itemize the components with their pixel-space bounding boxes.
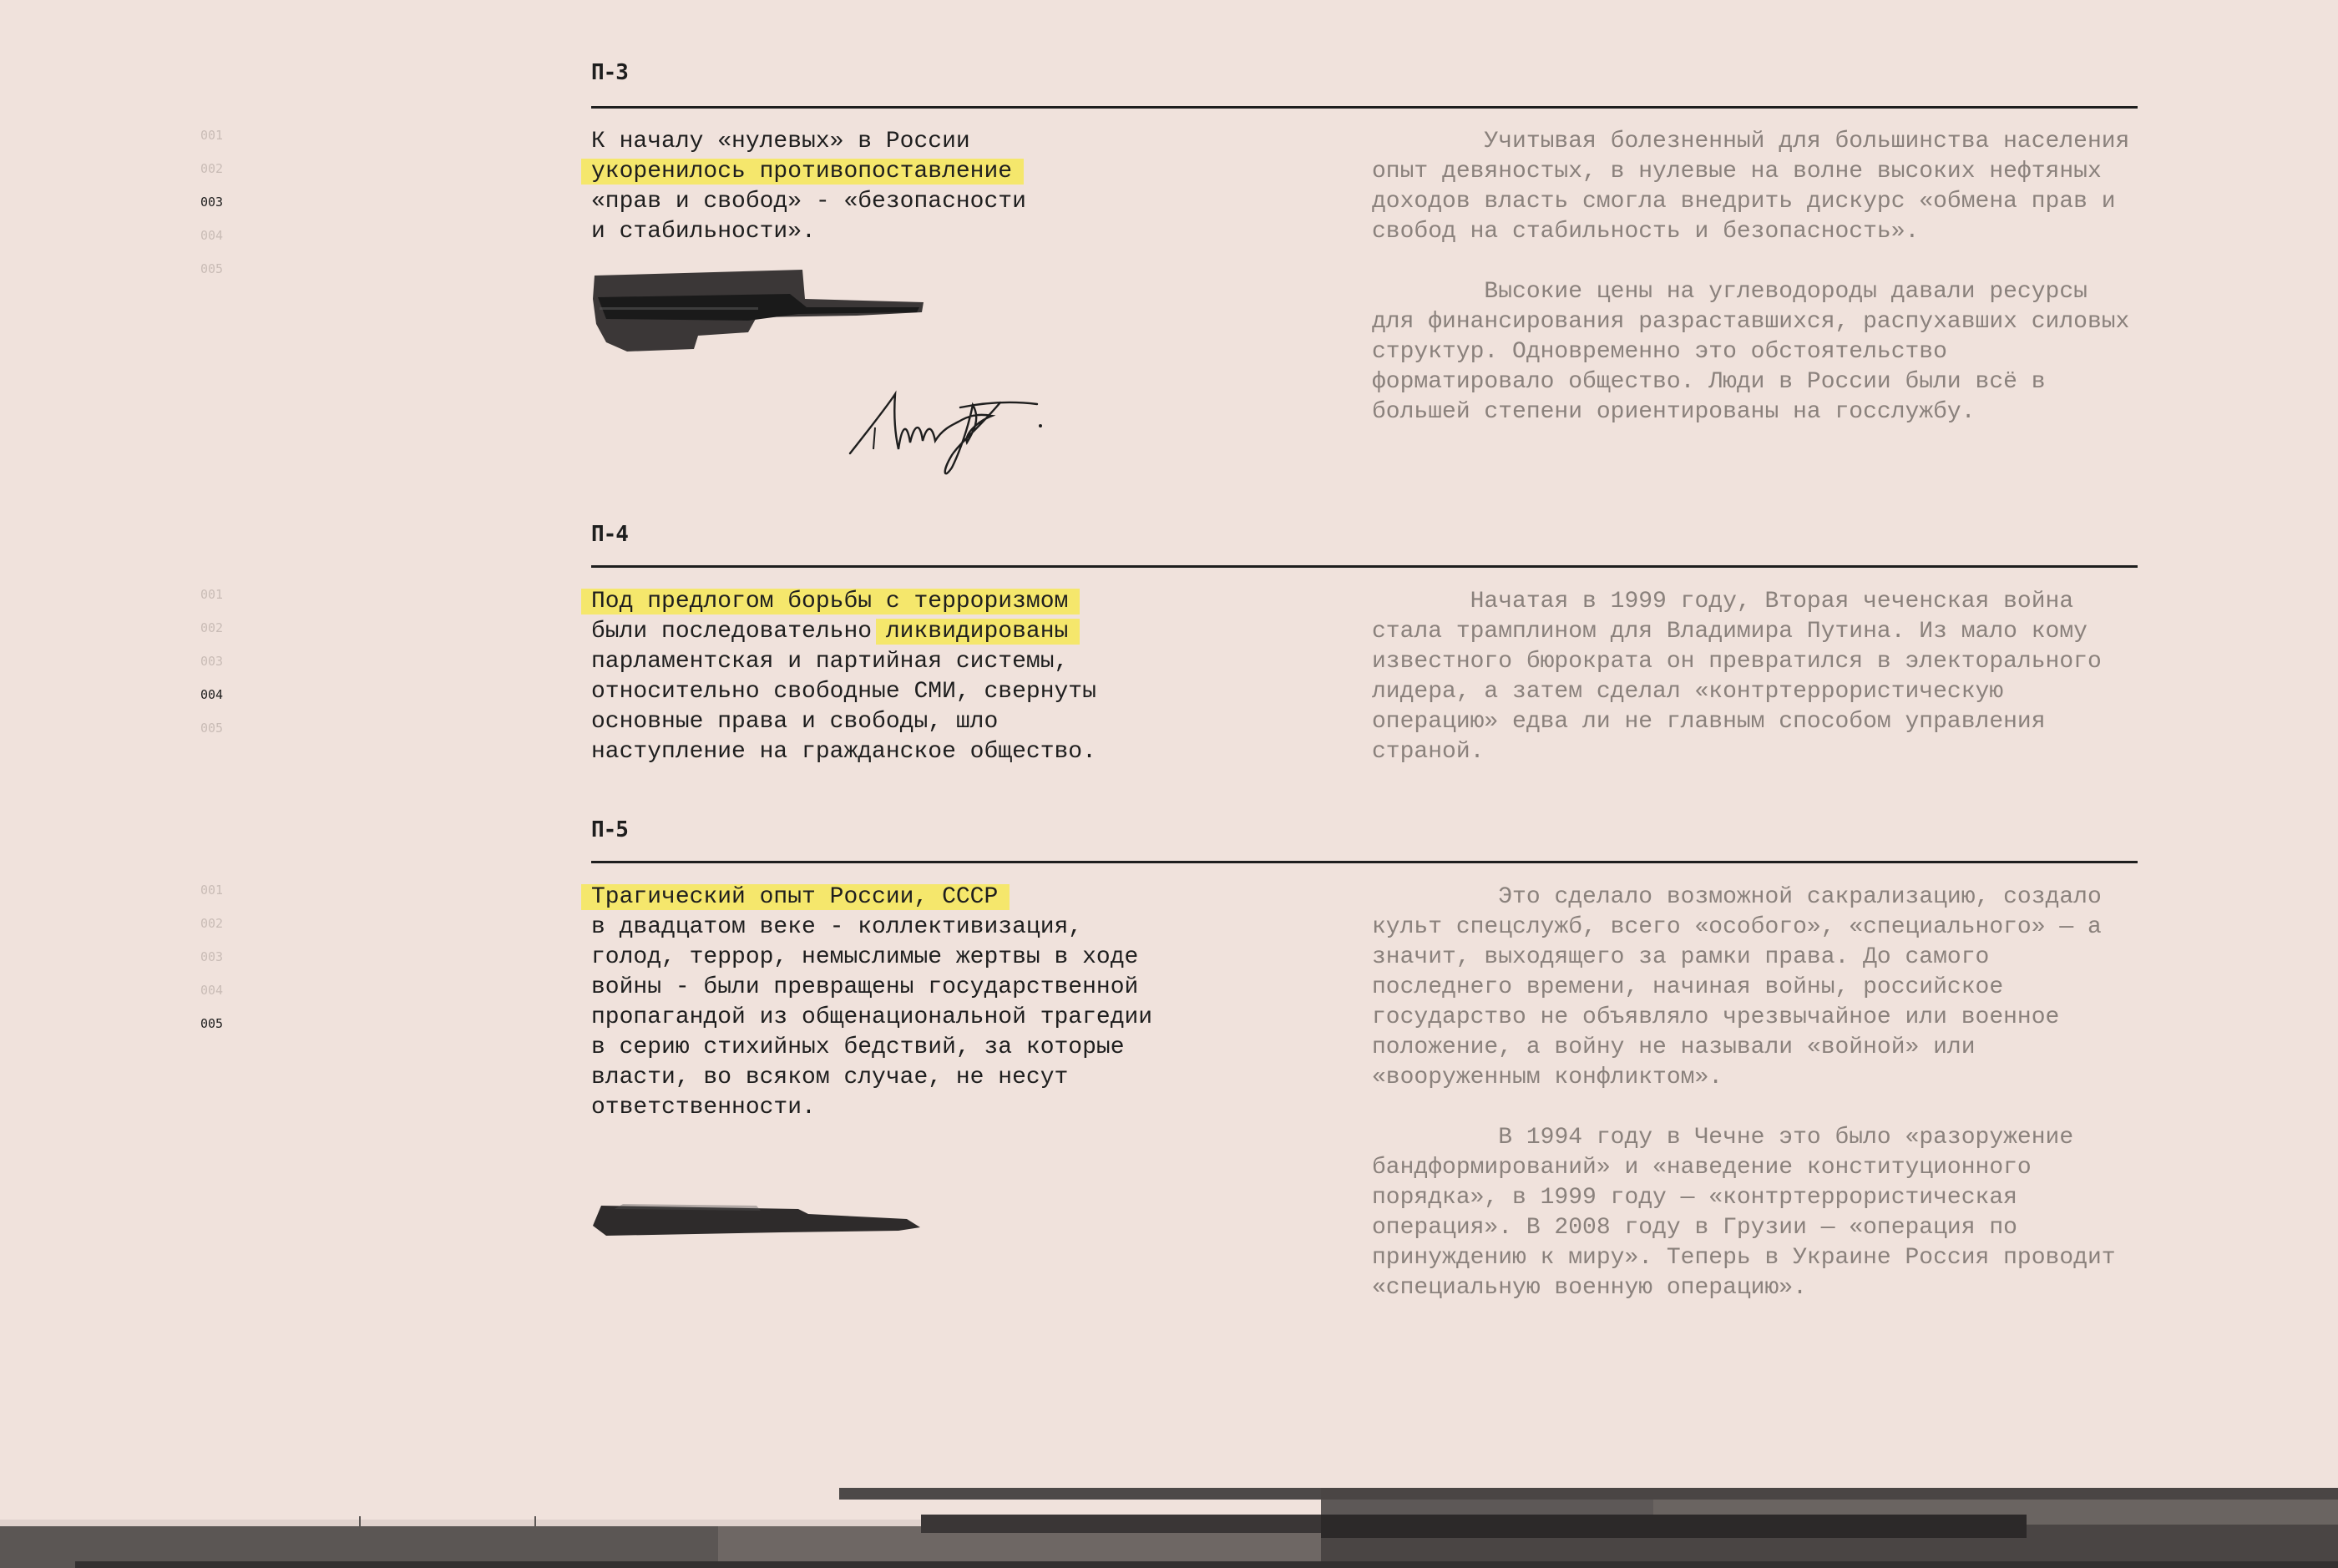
lead-line: Под предлогом борьбы с терроризмом: [591, 587, 1226, 617]
line-number-active: 005: [200, 1007, 223, 1040]
lead-line: ответственности.: [591, 1093, 1226, 1123]
lead-line: в серию стихийных бедствий, за которые: [591, 1033, 1226, 1063]
lead-line: Трагический опыт России, СССР: [591, 883, 1226, 913]
line-number: 005: [200, 711, 223, 745]
ink-brush-stroke-redaction: [590, 266, 932, 357]
line-number: 003: [200, 645, 223, 678]
commentary-paragraph: Это сделало возможной сакрализацию, созд…: [1372, 883, 2140, 1093]
ink-brush-stroke-redaction: [590, 1202, 940, 1244]
lead-text: Под предлогом борьбы с терроризмомбыли п…: [591, 587, 1226, 767]
line-number: 004: [200, 974, 223, 1007]
lead-line: относительно свободные СМИ, свернуты: [591, 677, 1226, 707]
lead-line: были последовательно ликвидированы: [591, 617, 1226, 647]
lead-line: пропагандой из общенациональной трагедии: [591, 1003, 1226, 1033]
line-number: 004: [200, 219, 223, 252]
lead-line: основные права и свободы, шло: [591, 707, 1226, 737]
commentary-text: Начатая в 1999 году, Вторая чеченская во…: [1372, 587, 2140, 797]
lead-line: «прав и свобод» - «безопасности: [591, 187, 1226, 217]
lead-line: парламентская и партийная системы,: [591, 647, 1226, 677]
section-title: П-3: [591, 60, 628, 85]
line-numbers: 001 002 003 004 005: [200, 873, 223, 1040]
lead-line: К началу «нулевых» в России: [591, 127, 1226, 157]
lead-line: и стабильности».: [591, 217, 1226, 247]
lead-line: укоренилось противопоставление: [591, 157, 1226, 187]
lead-line: голод, террор, немыслимые жертвы в ходе: [591, 943, 1226, 973]
section-title: П-4: [591, 522, 628, 547]
highlighted-text: ликвидированы: [886, 619, 1068, 645]
lead-text: К началу «нулевых» в Россииукоренилось п…: [591, 127, 1226, 247]
commentary-paragraph: Учитывая болезненный для большинства нас…: [1372, 127, 2140, 247]
highlighted-text: Под предлогом борьбы с терроризмом: [591, 589, 1068, 615]
line-number: 002: [200, 907, 223, 940]
highlighted-text: укоренилось противопоставление: [591, 159, 1012, 185]
section-divider: [591, 106, 2138, 109]
signature: [843, 384, 1044, 484]
line-numbers: 001 002 003 004 005: [200, 578, 223, 745]
line-number: 005: [200, 252, 223, 286]
line-number-active: 004: [200, 678, 223, 711]
line-number-active: 003: [200, 185, 223, 219]
section-divider: [591, 565, 2138, 568]
lead-line: власти, во всяком случае, не несут: [591, 1063, 1226, 1093]
commentary-text: Это сделало возможной сакрализацию, созд…: [1372, 883, 2140, 1333]
line-number: 001: [200, 578, 223, 611]
line-number: 001: [200, 873, 223, 907]
commentary-text: Учитывая болезненный для большинства нас…: [1372, 127, 2140, 458]
decorative-ink-strip: [0, 1469, 2338, 1568]
lead-line: войны - были превращены государственной: [591, 973, 1226, 1003]
section-divider: [591, 861, 2138, 863]
commentary-paragraph: Начатая в 1999 году, Вторая чеченская во…: [1372, 587, 2140, 767]
lead-text: Трагический опыт России, СССРв двадцатом…: [591, 883, 1226, 1123]
commentary-paragraph: Высокие цены на углеводороды давали ресу…: [1372, 277, 2140, 427]
line-number: 002: [200, 611, 223, 645]
line-numbers: 001 002 003 004 005: [200, 119, 223, 286]
lead-line: наступление на гражданское общество.: [591, 737, 1226, 767]
line-number: 002: [200, 152, 223, 185]
commentary-paragraph: В 1994 году в Чечне это было «разоружени…: [1372, 1123, 2140, 1303]
line-number: 003: [200, 940, 223, 974]
line-number: 001: [200, 119, 223, 152]
section-title: П-5: [591, 817, 628, 842]
lead-line: в двадцатом веке - коллективизация,: [591, 913, 1226, 943]
highlighted-text: Трагический опыт России, СССР: [591, 884, 998, 910]
